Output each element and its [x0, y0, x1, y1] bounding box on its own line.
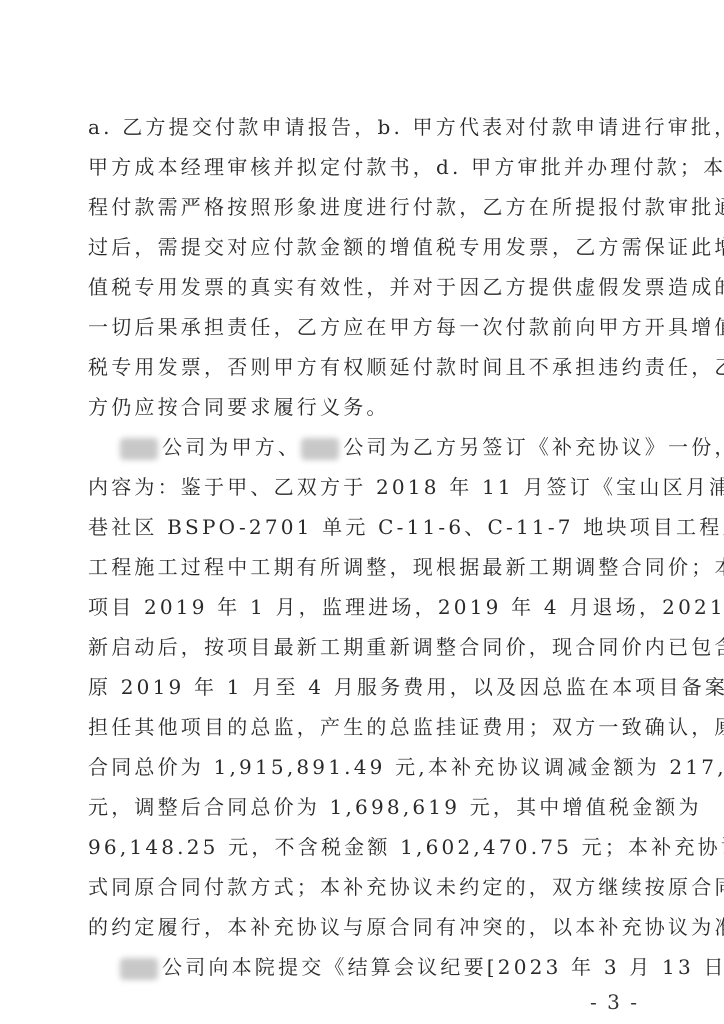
- redacted-company-name: [301, 438, 339, 460]
- text-line: 甲方成本经理审核并拟定付款书，d. 甲方审批并办理付款；本工: [88, 150, 654, 184]
- text-line: 程付款需严格按照形象进度进行付款，乙方在所提报付款审批通: [88, 190, 654, 224]
- text-line: 元，调整后合同总价为 1,698,619 元，其中增值税金额为: [88, 790, 654, 824]
- text-line: 的约定履行，本补充协议与原合同有冲突的，以本补充协议为准。: [88, 910, 654, 944]
- text-line: 96,148.25 元，不含税金额 1,602,470.75 元；本补充协议付款…: [88, 830, 654, 864]
- text-segment: 公司为乙方另签订《补充协议》一份，: [343, 435, 724, 459]
- text-segment: 公司向本院提交《结算会议纪要[2023 年 3 月 13 日]》: [162, 955, 724, 979]
- page-number: - 3 -: [590, 990, 639, 1014]
- text-line: 项目 2019 年 1 月，监理进场，2019 年 4 月退场，2021 年项目…: [88, 590, 654, 624]
- text-line: 一切后果承担责任，乙方应在甲方每一次付款前向甲方开具增值: [88, 310, 654, 344]
- redacted-company-name: [120, 958, 158, 980]
- text-line: 担任其他项目的总监，产生的总监挂证费用；双方一致确认，原: [88, 710, 654, 744]
- paragraph-first-line: 公司向本院提交《结算会议纪要[2023 年 3 月 13 日]》: [120, 950, 654, 984]
- text-line: 式同原合同付款方式；本补充协议未约定的，双方继续按原合同: [88, 870, 654, 904]
- paragraph-first-line: 公司为甲方、公司为乙方另签订《补充协议》一份，: [120, 430, 654, 464]
- text-line: 值税专用发票的真实有效性，并对于因乙方提供虚假发票造成的: [88, 270, 654, 304]
- text-line: 原 2019 年 1 月至 4 月服务费用，以及因总监在本项目备案，不能: [88, 670, 654, 704]
- text-line: 工程施工过程中工期有所调整，现根据最新工期调整合同价；本: [88, 550, 654, 584]
- text-line: 新启动后，按项目最新工期重新调整合同价，现合同价内已包含: [88, 630, 654, 664]
- text-line: 方仍应按合同要求履行义务。: [88, 390, 654, 424]
- text-segment: 公司为甲方、: [162, 435, 301, 459]
- text-line: 过后，需提交对应付款金额的增值税专用发票，乙方需保证此增: [88, 230, 654, 264]
- text-line: a. 乙方提交付款申请报告，b. 甲方代表对付款申请进行审批，c.: [88, 110, 654, 144]
- text-line: 内容为：鉴于甲、乙双方于 2018 年 11 月签订《宝山区月浦镇沈: [88, 470, 654, 504]
- text-line: 税专用发票，否则甲方有权顺延付款时间且不承担违约责任，乙: [88, 350, 654, 384]
- text-line: 巷社区 BSPO-2701 单元 C-11-6、C-11-7 地块项目工程监理合…: [88, 510, 654, 544]
- redacted-company-name: [120, 438, 158, 460]
- text-line: 合同总价为 1,915,891.49 元,本补充协议调减金额为 217,272.…: [88, 750, 654, 784]
- document-page: a. 乙方提交付款申请报告，b. 甲方代表对付款申请进行审批，c. 甲方成本经理…: [0, 0, 724, 1024]
